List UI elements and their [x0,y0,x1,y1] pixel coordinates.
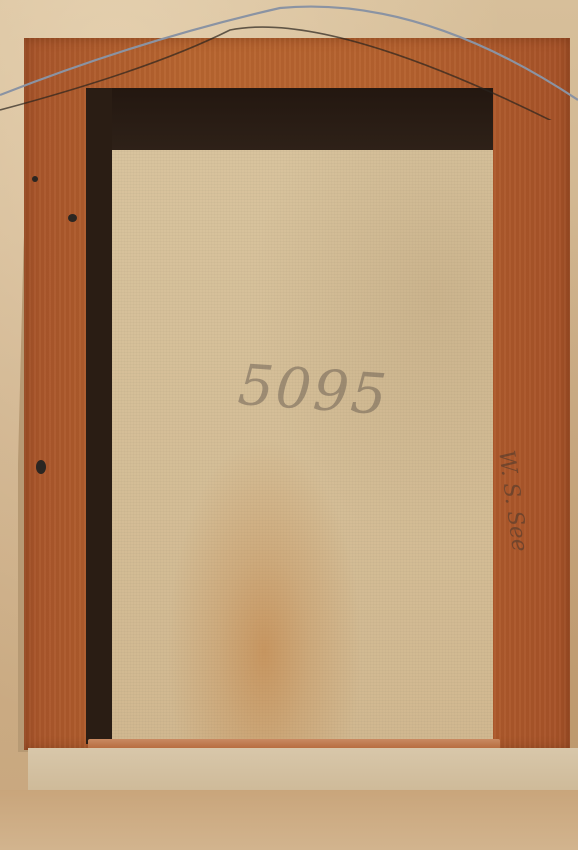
paint-spot [32,176,38,182]
bottom-paper-backing [0,790,578,850]
paint-spot [68,214,77,222]
paint-spot [36,460,46,474]
pencil-number-inscription: 5095 [236,353,391,428]
hanging-wire [0,0,578,120]
photo-scene: 5095 W. S. See [0,0,578,850]
canvas-back [112,150,493,740]
